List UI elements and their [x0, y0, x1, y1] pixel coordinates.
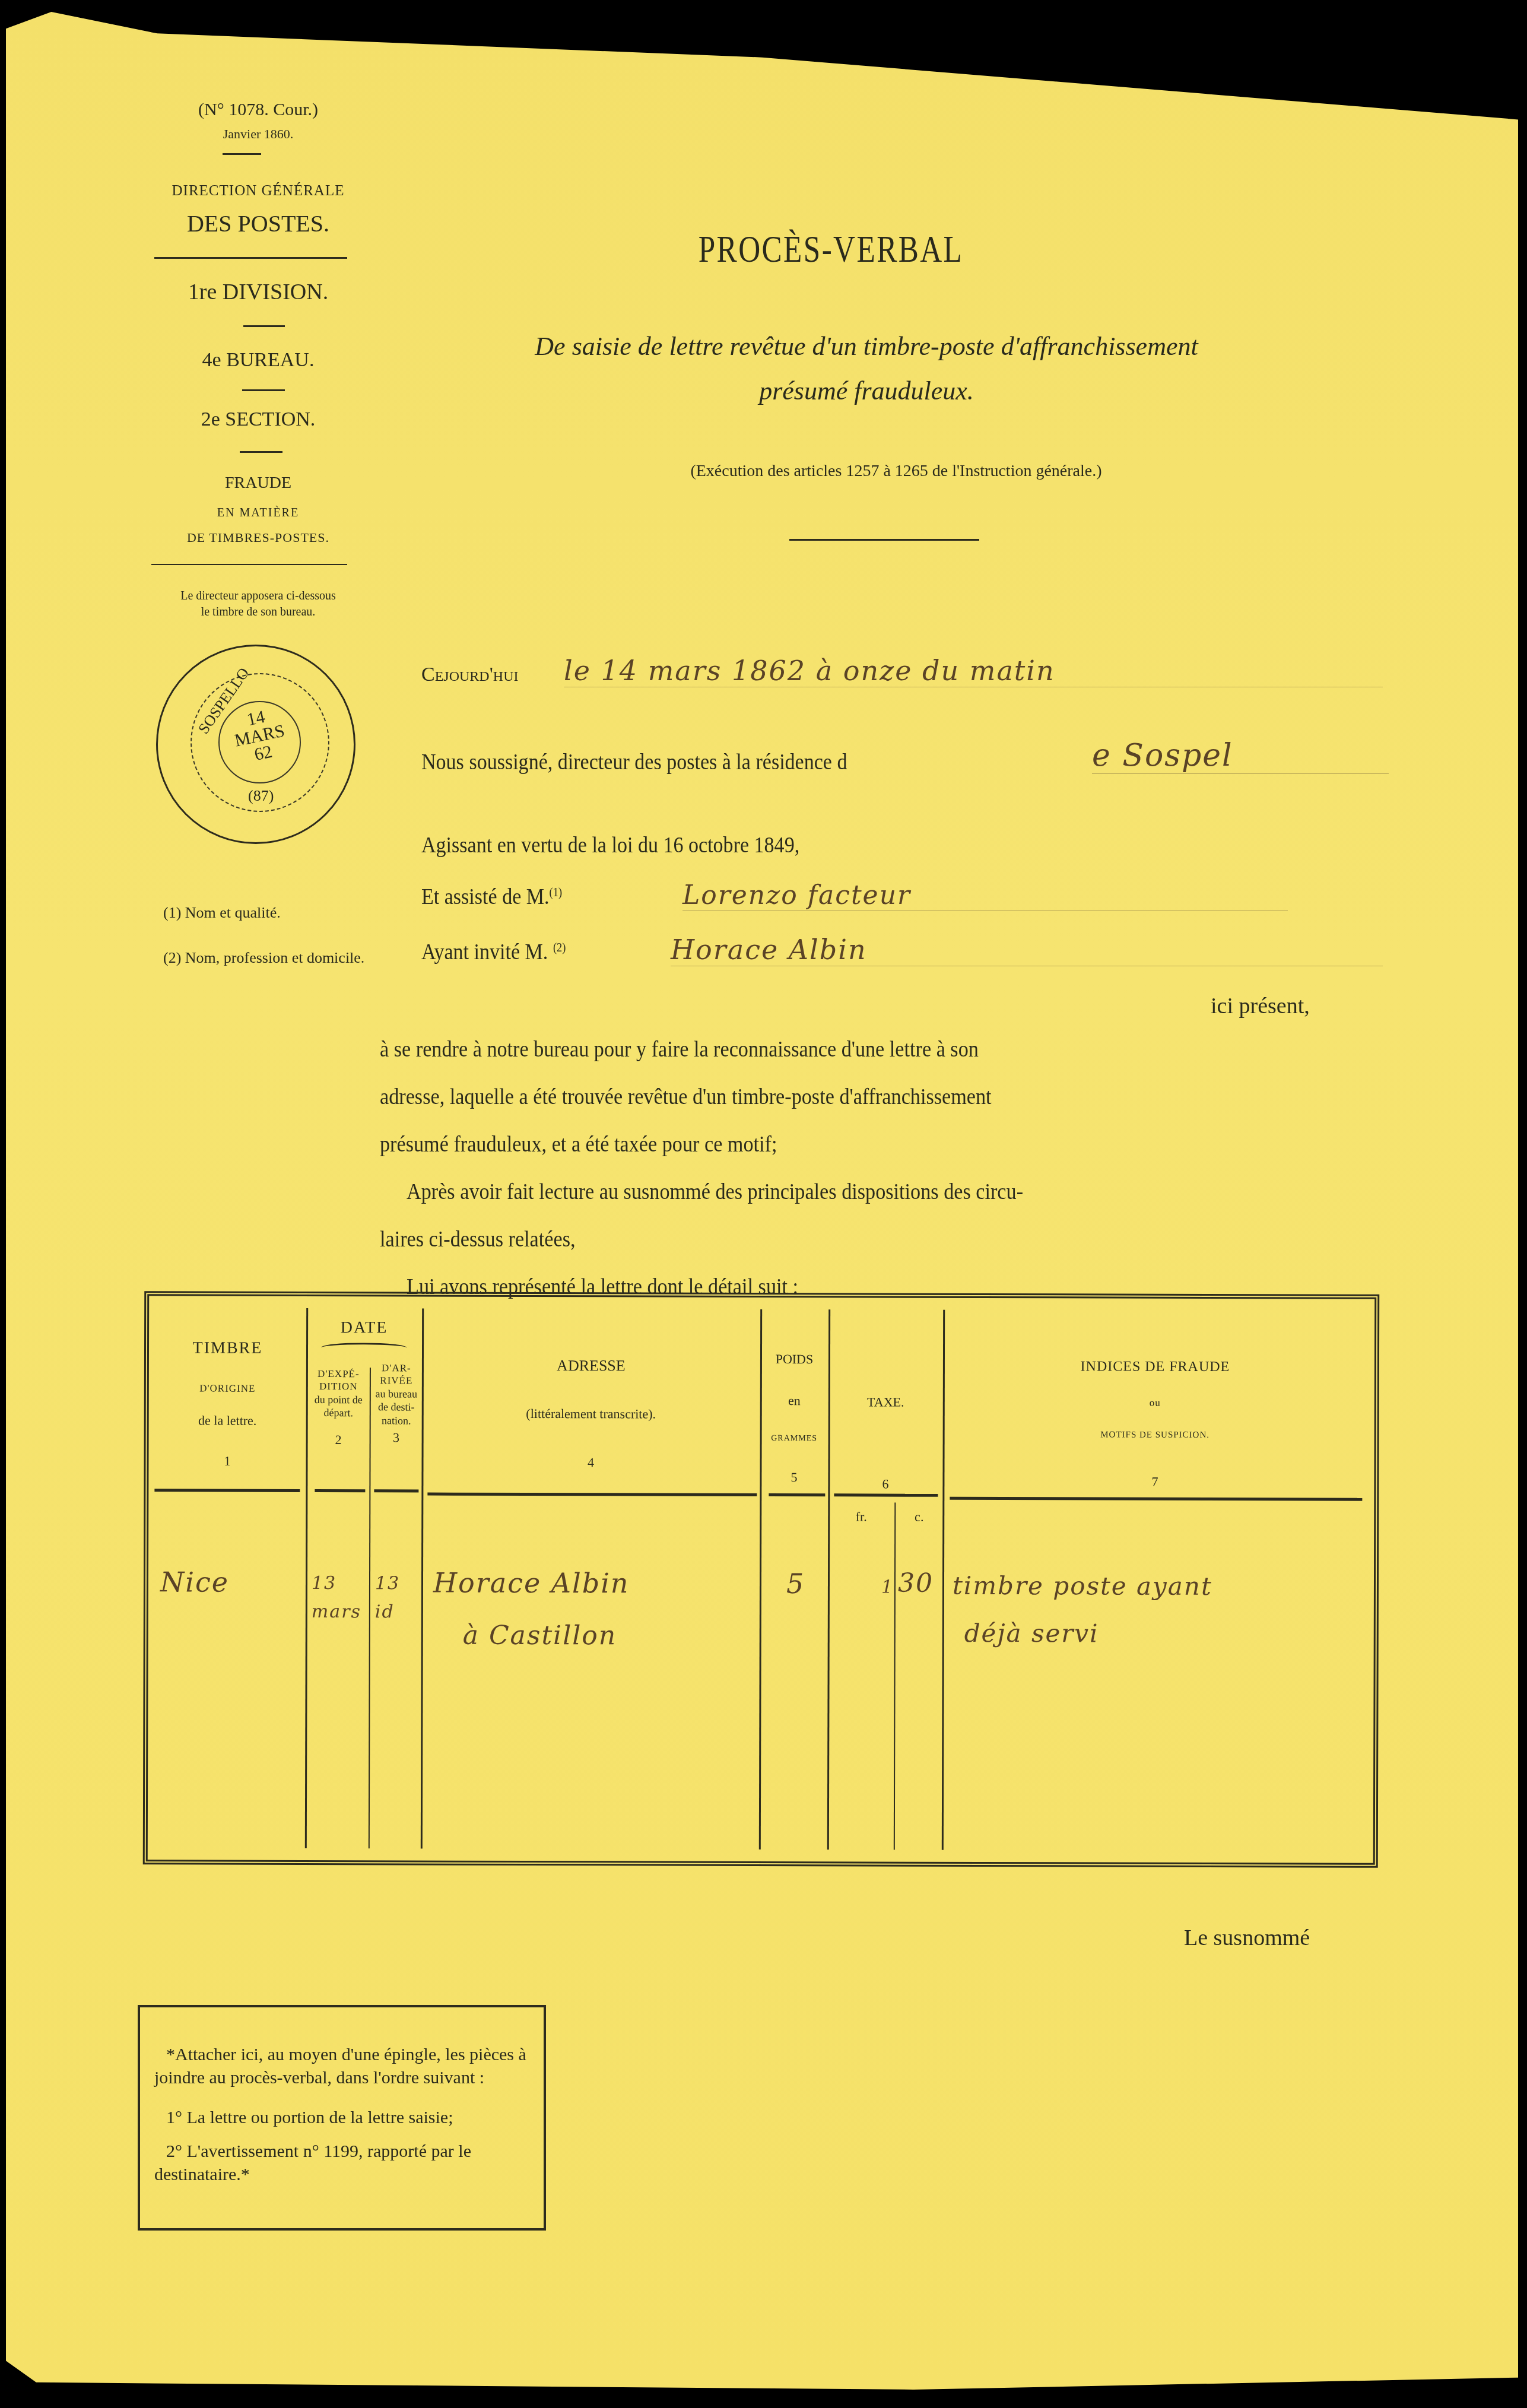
cell-expedition[interactable]: 13 mars — [312, 1569, 365, 1626]
direction-generale: DIRECTION GÉNÉRALE — [134, 183, 383, 199]
header-indices-de-fraude: INDICES DE FRAUDE — [943, 1357, 1367, 1376]
header-poids: POIDS — [760, 1351, 828, 1368]
cell-taxe-francs[interactable]: 1 — [881, 1577, 894, 1598]
col-number-1: 1 — [148, 1452, 306, 1469]
footnote-2: (2) Nom, profession et domicile. — [139, 948, 377, 967]
header-darrivee: D'AR- — [371, 1362, 422, 1374]
cell-arrivee[interactable]: 13 id — [375, 1569, 417, 1626]
table-row: Nice 13 mars 13 id Horace Albin à Castil… — [149, 1296, 1374, 1299]
header-rule — [315, 1489, 365, 1492]
page-title: PROCÈS-VERBAL — [646, 227, 1016, 271]
postmark-stamp: SOSPELLO 14 MARS 62 (87) — [156, 645, 355, 844]
agissant-text: Agissant en vertu de la loi du 16 octobr… — [421, 833, 799, 858]
header-dexpedition: D'EXPÉ- — [307, 1368, 370, 1381]
header-en: en — [760, 1392, 828, 1408]
cejourdhui-field[interactable]: le 14 mars 1862 à onze du matin — [564, 655, 1383, 687]
col-number-3: 3 — [371, 1429, 422, 1446]
header-du-point-de-depart: du point de départ. — [307, 1392, 370, 1419]
header-centimes: c. — [896, 1509, 942, 1525]
assiste-footnote-ref: (1) — [550, 886, 562, 899]
cell-timbre[interactable]: Nice — [160, 1566, 229, 1598]
para1-line3: présumé frauduleux, et a été taxée pour … — [380, 1121, 1331, 1168]
postmark-department: (87) — [248, 787, 274, 805]
invite-field[interactable]: Horace Albin — [671, 934, 1383, 966]
body-paragraphs: à se rendre à notre bureau pour y faire … — [380, 1026, 1331, 1311]
header-timbre: TIMBRE — [149, 1337, 306, 1359]
assiste-field[interactable]: Lorenzo facteur — [682, 880, 1288, 911]
divider — [242, 389, 285, 391]
col-number-7: 7 — [942, 1473, 1367, 1490]
fraude: FRAUDE — [134, 474, 383, 493]
col-number-6: 6 — [828, 1476, 942, 1492]
attachment-instructions-box: *Attacher ici, au moyen d'une épingle, l… — [138, 2005, 546, 2231]
de-timbres-postes: DE TIMBRES-POSTES. — [134, 530, 383, 545]
des-postes: DES POSTES. — [134, 210, 383, 237]
header-rule — [769, 1493, 825, 1496]
header-dition: DITION — [307, 1380, 370, 1393]
attach-item-1: 1° La lettre ou portion de la lettre sai… — [154, 2106, 529, 2129]
para1-line2: adresse, laquelle a été trouvée revêtue … — [380, 1073, 1331, 1121]
title-divider — [789, 539, 979, 541]
header-rule — [374, 1489, 418, 1492]
circular-number: (N° 1078. Cour.) — [134, 100, 383, 120]
header-ou: ou — [943, 1396, 1367, 1410]
invite-label: Ayant invité M. (2) — [421, 940, 566, 965]
header-adresse: ADRESSE — [422, 1356, 760, 1376]
header-rule — [427, 1493, 757, 1496]
susnomme-label: Le susnommé — [1184, 1925, 1310, 1951]
divider — [223, 153, 261, 155]
cell-adresse-line1[interactable]: Horace Albin — [433, 1567, 630, 1600]
bureau: 4e BUREAU. — [134, 349, 383, 372]
document-page: (N° 1078. Cour.) Janvier 1860. DIRECTION… — [6, 5, 1518, 2397]
para1-line1: à se rendre à notre bureau pour y faire … — [380, 1026, 1331, 1073]
subtitle-line2: présumé frauduleux. — [659, 376, 1074, 406]
header-taxe: TAXE. — [828, 1394, 943, 1410]
header-rule — [154, 1489, 300, 1492]
header-dorigine: D'ORIGINE — [149, 1382, 306, 1395]
header-date: DATE — [306, 1317, 422, 1338]
header-rule — [834, 1493, 938, 1496]
attach-intro: *Attacher ici, au moyen d'une épingle, l… — [154, 2043, 529, 2089]
header-de-la-lettre: de la lettre. — [149, 1413, 306, 1429]
col-number-4: 4 — [421, 1454, 760, 1471]
en-matiere: EN MATIÈRE — [134, 506, 383, 520]
divider — [151, 564, 347, 565]
date-brace — [321, 1343, 407, 1353]
cell-indices-line1[interactable]: timbre poste ayant — [953, 1571, 1212, 1601]
divider — [240, 451, 282, 453]
cell-adresse-line2[interactable]: à Castillon — [463, 1620, 617, 1651]
header-rivee: RIVÉE — [371, 1375, 422, 1387]
col-number-5: 5 — [760, 1468, 828, 1485]
assiste-label: Et assisté de M.(1) — [421, 884, 562, 910]
cell-indices-line2[interactable]: déjà servi — [964, 1619, 1099, 1648]
assiste-label-text: Et assisté de M. — [421, 885, 550, 909]
cell-poids[interactable]: 5 — [786, 1568, 805, 1600]
para2-line1: Après avoir fait lecture au susnommé des… — [380, 1168, 1331, 1216]
header-grammes: GRAMMES — [760, 1433, 828, 1444]
postmark-date-circle: 14 MARS 62 — [218, 701, 301, 783]
letter-detail-table: TIMBRE D'ORIGINE de la lettre. 1 DATE D'… — [143, 1291, 1380, 1867]
subtitle-line1: De saisie de lettre revêtue d'un timbre-… — [421, 331, 1312, 361]
stamp-note-line2: le timbre de son bureau. — [134, 605, 383, 619]
divider — [243, 325, 285, 327]
cejourdhui-label: Cejourd'hui — [421, 664, 518, 686]
invite-footnote-ref: (2) — [553, 941, 566, 954]
postmark-ring: SOSPELLO 14 MARS 62 (87) — [191, 673, 329, 812]
soussigne-label: Nous soussigné, directeur des postes à l… — [421, 750, 847, 775]
header-au-bureau-de-destination: au bureau de desti-nation. — [371, 1387, 422, 1427]
residence-field[interactable]: e Sospel — [1092, 738, 1389, 774]
attach-item-2: 2° L'avertissement n° 1199, rapporté par… — [154, 2140, 529, 2186]
execution-note: (Exécution des articles 1257 à 1265 de l… — [570, 462, 1223, 481]
cell-taxe-centimes[interactable]: 30 — [898, 1568, 934, 1598]
section: 2e SECTION. — [134, 408, 383, 431]
header-rule — [950, 1497, 1362, 1501]
header-francs: fr. — [828, 1508, 894, 1525]
header-motifs-de-suspicion: MOTIFS DE SUSPICION. — [943, 1429, 1367, 1442]
circular-date: Janvier 1860. — [134, 126, 383, 142]
col-number-2: 2 — [307, 1431, 370, 1448]
division: 1re DIVISION. — [134, 279, 383, 305]
invite-label-text: Ayant invité M. — [421, 940, 548, 965]
para2-line2: laires ci-dessus relatées, — [380, 1216, 1331, 1263]
footnote-1: (1) Nom et qualité. — [163, 904, 281, 922]
header-litteralement-transcrite: (littéralement transcrite). — [422, 1405, 760, 1422]
divider — [154, 257, 347, 259]
taxe-fr-c-separator — [894, 1503, 896, 1850]
ici-present: ici présent, — [1211, 993, 1310, 1019]
stamp-note-line1: Le directeur apposera ci-dessous — [134, 589, 383, 603]
